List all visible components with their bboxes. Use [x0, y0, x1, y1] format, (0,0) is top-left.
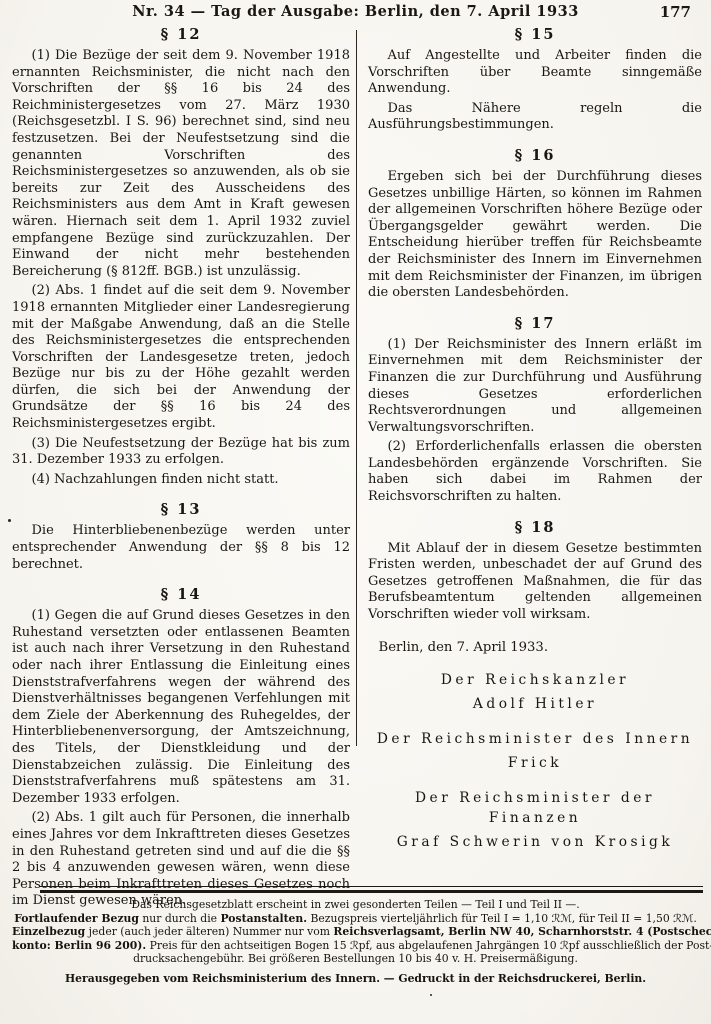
paragraph: (1) Die Bezüge der seit dem 9. November … — [12, 48, 350, 280]
imprint-footer: Das Reichsgesetzblatt erscheint in zwei … — [12, 898, 699, 986]
issue-dateline: Nr. 34 — Tag der Ausgabe: Berlin, den 7.… — [0, 3, 711, 20]
imprint-line-single-issue: Einzelbezug jeder (auch jeder älteren) N… — [12, 925, 699, 939]
paragraph: (1) Der Reichsminister des Innern erläßt… — [368, 337, 702, 437]
paragraph: (2) Abs. 1 findet auf die seit dem 9. No… — [12, 283, 350, 432]
signature-interior-minister: Der Reichsminister des Innern Frick — [368, 729, 702, 773]
signature-name: Frick — [368, 753, 702, 773]
left-column: § 12 (1) Die Bezüge der seit dem 9. Nove… — [12, 26, 350, 913]
section-14: § 14 (1) Gegen die auf Grund dieses Gese… — [12, 586, 350, 910]
section-heading: § 18 — [368, 519, 702, 536]
section-heading: § 14 — [12, 586, 350, 603]
section-18: § 18 Mit Ablauf der in diesem Gesetze be… — [368, 519, 702, 624]
paragraph: (2) Abs. 1 gilt auch für Personen, die i… — [12, 810, 350, 910]
scan-speck — [8, 519, 11, 522]
paragraph: Ergeben sich bei der Durchführung dieses… — [368, 169, 702, 302]
section-heading: § 15 — [368, 26, 702, 43]
section-15: § 15 Auf Angestellte und Arbeiter finden… — [368, 26, 702, 134]
paragraph: (4) Nachzahlungen finden nicht statt. — [12, 472, 350, 489]
section-heading: § 16 — [368, 147, 702, 164]
section-heading: § 17 — [368, 315, 702, 332]
page-header: Nr. 34 — Tag der Ausgabe: Berlin, den 7.… — [0, 3, 711, 23]
signature-title: Der Reichsminister der Finanzen — [368, 788, 702, 828]
imprint-line-parts: Das Reichsgesetzblatt erscheint in zwei … — [12, 898, 699, 912]
imprint-bold: Reichsverlagsamt, — [333, 925, 444, 938]
signature-title: Der Reichsminister des Innern — [368, 729, 702, 749]
imprint-text: Preis für den achtseitigen Bogen 15 ℛpf,… — [146, 939, 711, 952]
paragraph: (2) Erforderlichenfalls erlassen die obe… — [368, 439, 702, 505]
paragraph: Mit Ablauf der in diesem Gesetze bestimm… — [368, 541, 702, 624]
imprint-line-discount: drucksachengebühr. Bei größeren Bestellu… — [12, 952, 699, 966]
column-divider-rule — [356, 30, 357, 746]
scan-speck — [430, 994, 432, 996]
imprint-bold: Berlin NW 40, Scharnhorststr. 4 (Postsch… — [445, 925, 711, 938]
section-heading: § 12 — [12, 26, 350, 43]
imprint-bold: Fortlaufender Bezug — [14, 912, 139, 925]
imprint-bold: Einzelbezug — [12, 925, 85, 938]
signature-chancellor: Der Reichskanzler Adolf Hitler — [368, 670, 702, 714]
section-17: § 17 (1) Der Reichsminister des Innern e… — [368, 315, 702, 506]
section-12: § 12 (1) Die Bezüge der seit dem 9. Nove… — [12, 26, 350, 488]
imprint-bold: Postanstalten. — [220, 912, 307, 925]
imprint-text: jeder (auch jeder älteren) Nummer nur vo… — [85, 925, 333, 938]
imprint-text: nur durch die — [139, 912, 221, 925]
imprint-line-price: konto: Berlin 96 200). Preis für den ach… — [12, 939, 699, 953]
paragraph: (1) Gegen die auf Grund dieses Gesetzes … — [12, 608, 350, 807]
paragraph: (3) Die Neufestsetzung der Bezüge hat bi… — [12, 436, 350, 469]
signature-finance-minister: Der Reichsminister der Finanzen Graf Sch… — [368, 788, 702, 852]
signature-title: Der Reichskanzler — [368, 670, 702, 690]
imprint-bold: konto: Berlin 96 200). — [12, 939, 146, 952]
paragraph: Das Nähere regeln die Ausführungsbestimm… — [368, 101, 702, 134]
imprint-line-subscription: Fortlaufender Bezug nur durch die Postan… — [12, 912, 699, 926]
section-heading: § 13 — [12, 501, 350, 518]
signature-name: Adolf Hitler — [368, 694, 702, 714]
right-column: § 15 Auf Angestellte und Arbeiter finden… — [368, 26, 702, 852]
section-16: § 16 Ergeben sich bei der Durchführung d… — [368, 147, 702, 302]
imprint-text: Bezugspreis vierteljährlich für Teil I =… — [307, 912, 697, 925]
page-number: 177 — [660, 3, 691, 21]
dateline: Berlin, den 7. April 1933. — [368, 640, 702, 655]
signature-name: Graf Schwerin von Krosigk — [368, 832, 702, 852]
scan-speck — [347, 762, 349, 764]
footer-double-rule — [40, 886, 703, 893]
paragraph: Die Hinterbliebenenbezüge werden unter e… — [12, 523, 350, 573]
paragraph: Auf Angestellte und Arbeiter finden die … — [368, 48, 702, 98]
imprint-line-publisher: Herausgegeben vom Reichsministerium des … — [12, 972, 699, 986]
gazette-page: Nr. 34 — Tag der Ausgabe: Berlin, den 7.… — [0, 0, 711, 1024]
section-13: § 13 Die Hinterbliebenenbezüge werden un… — [12, 501, 350, 573]
